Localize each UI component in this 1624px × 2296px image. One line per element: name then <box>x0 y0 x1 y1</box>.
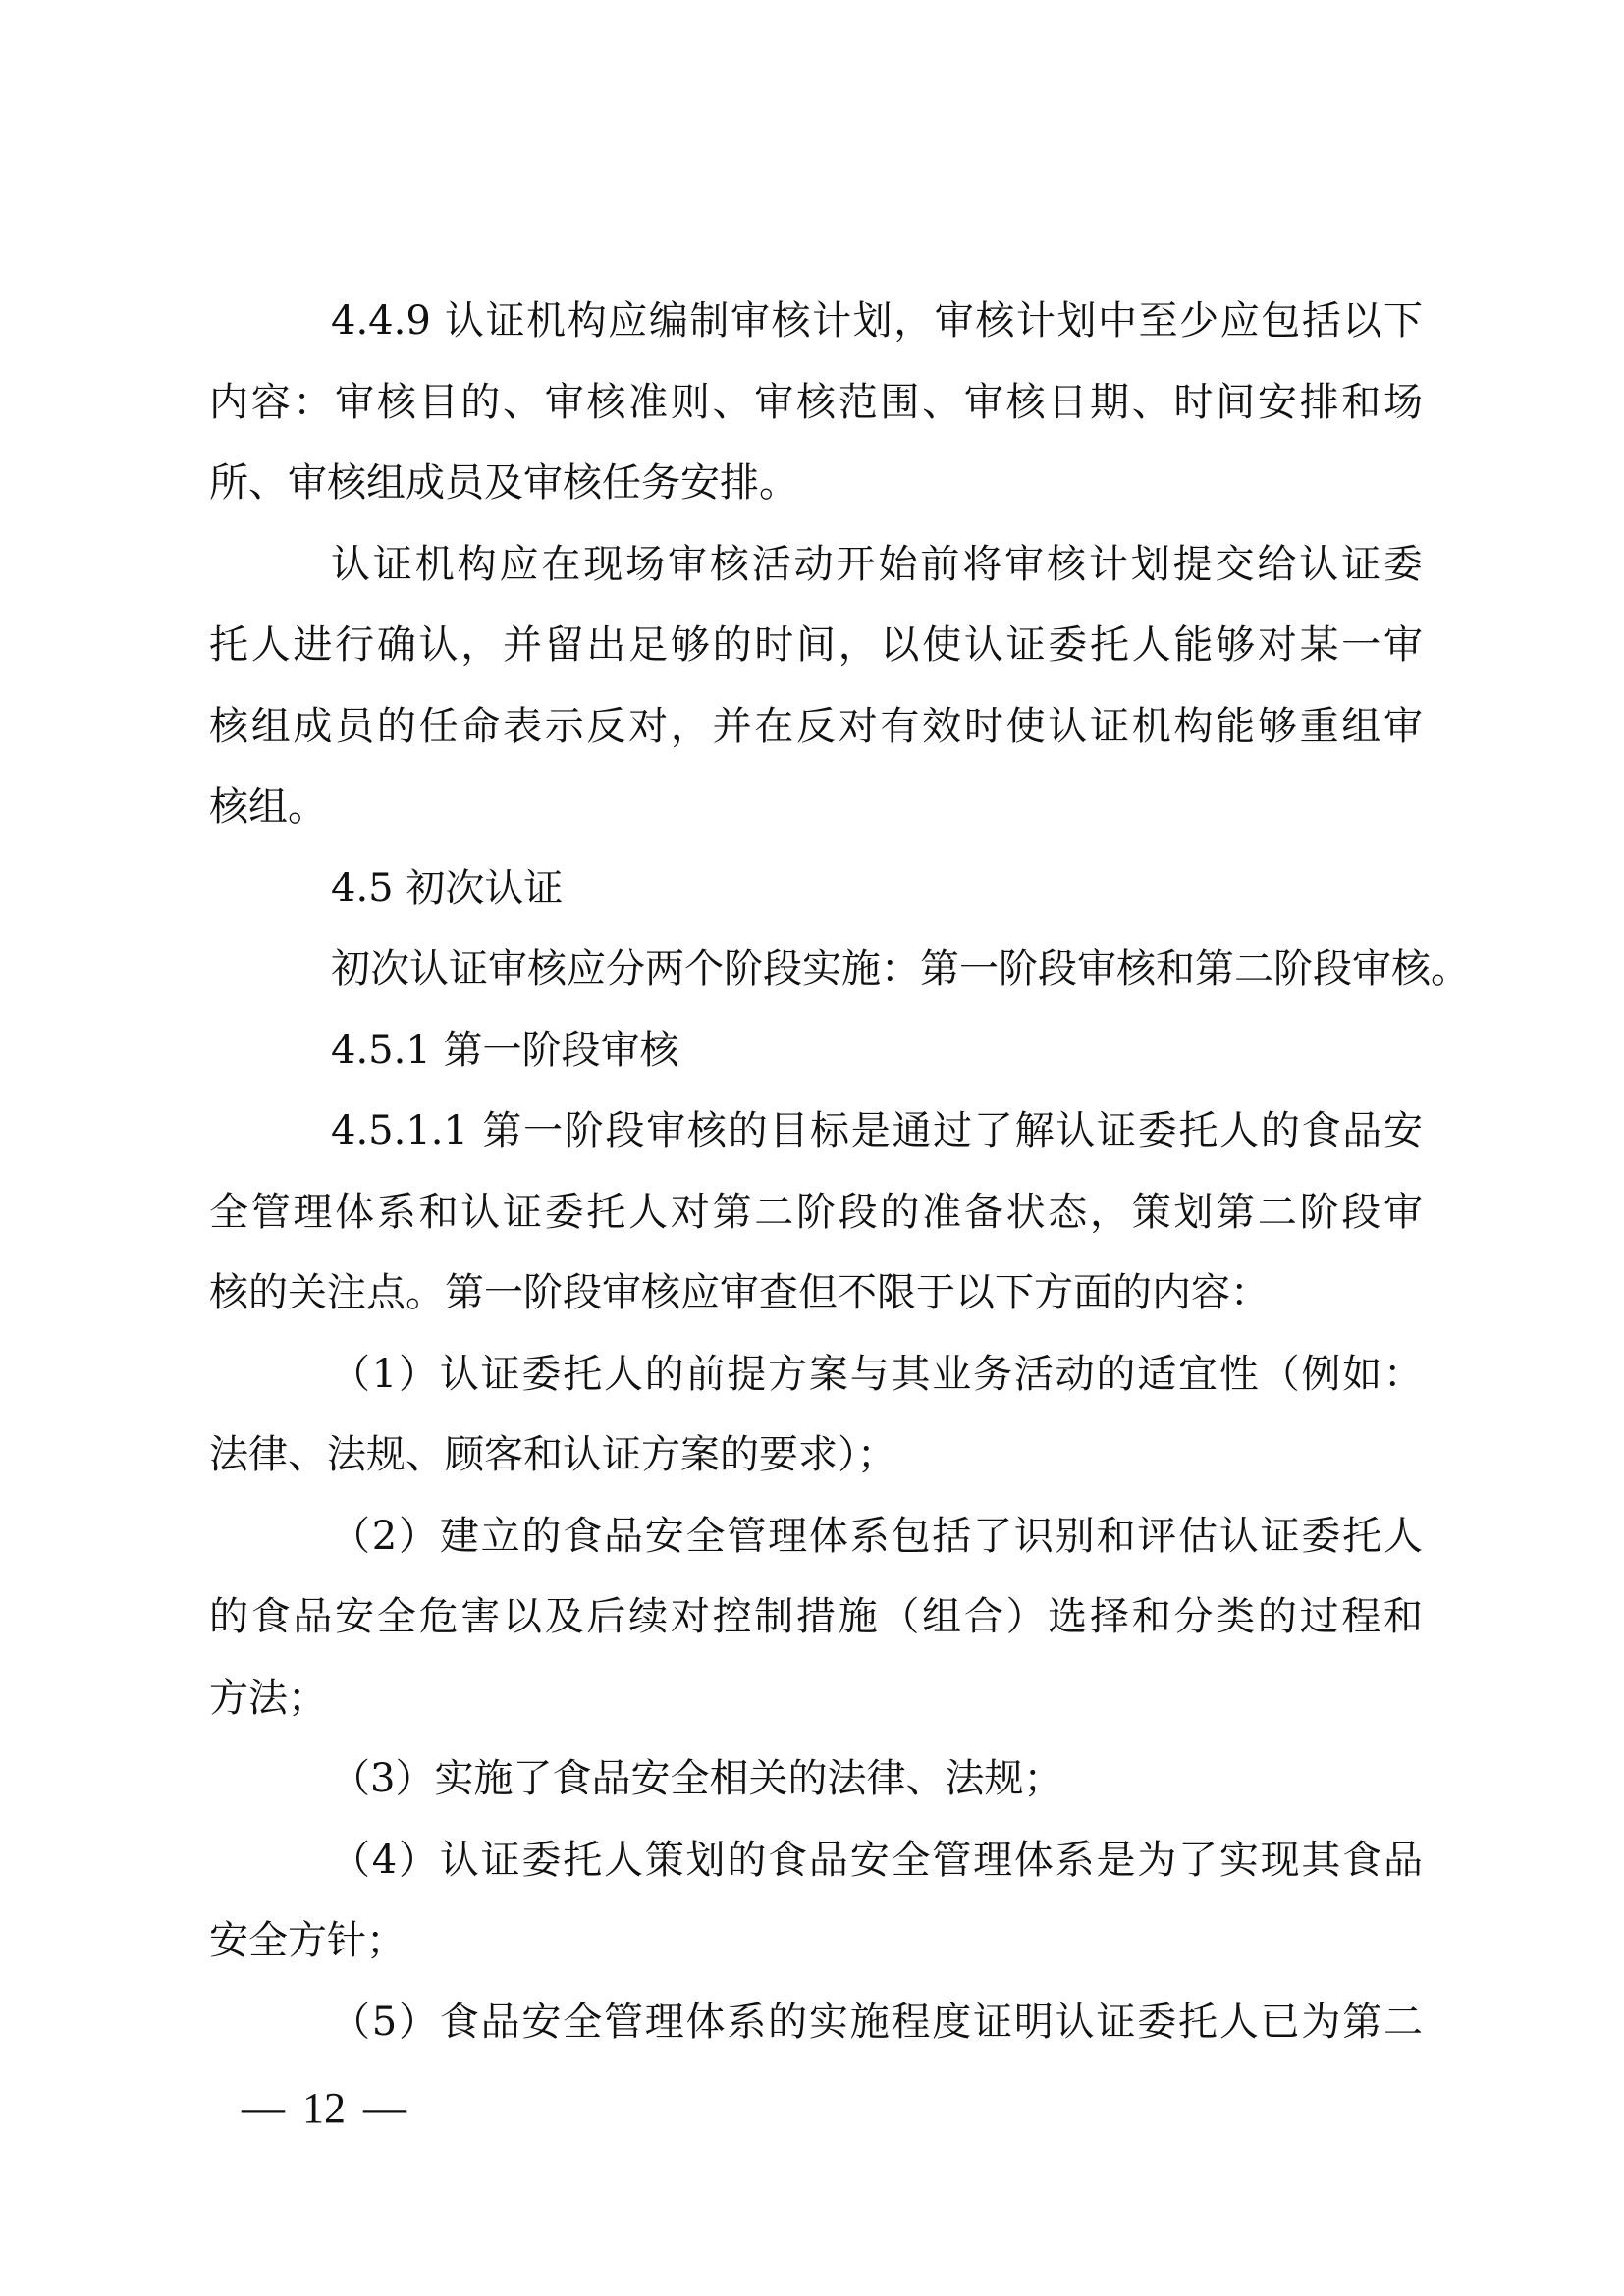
paragraph-audit-plan-line-2: 托人进行确认，并留出足够的时间，以使认证委托人能够对某一审 <box>209 605 1423 686</box>
clause-4-4-9-line-3: 所、审核组成员及审核任务安排。 <box>209 443 1423 524</box>
section-heading-4-5: 4.5 初次认证 <box>209 848 1423 930</box>
body-text: 4.4.9 认证机构应编制审核计划，审核计划中至少应包括以下 内容：审核目的、审… <box>209 281 1423 2062</box>
list-item-2-line-1: （2）建立的食品安全管理体系包括了识别和评估认证委托人 <box>209 1496 1423 1577</box>
list-item-3: （3）实施了食品安全相关的法律、法规； <box>209 1738 1423 1820</box>
document-page: 4.4.9 认证机构应编制审核计划，审核计划中至少应包括以下 内容：审核目的、审… <box>0 0 1624 2296</box>
clause-4-5-1-1-line-3: 核的关注点。第一阶段审核应审查但不限于以下方面的内容： <box>209 1253 1423 1334</box>
clause-4-5-1-1-line-1: 4.5.1.1 第一阶段审核的目标是通过了解认证委托人的食品安 <box>209 1091 1423 1172</box>
section-heading-4-5-1: 4.5.1 第一阶段审核 <box>209 1010 1423 1092</box>
paragraph-initial-certification: 初次认证审核应分两个阶段实施：第一阶段审核和第二阶段审核。 <box>209 929 1423 1010</box>
page-number-dash-right: — <box>363 2085 406 2132</box>
page-number-dash-left: — <box>242 2085 285 2132</box>
paragraph-audit-plan-line-4: 核组。 <box>209 767 1423 848</box>
page-number: 12 <box>302 2085 346 2132</box>
page-number-footer: —12— <box>242 2085 406 2132</box>
clause-4-4-9-line-2: 内容：审核目的、审核准则、审核范围、审核日期、时间安排和场 <box>209 362 1423 444</box>
list-item-4-line-1: （4）认证委托人策划的食品安全管理体系是为了实现其食品 <box>209 1820 1423 1901</box>
paragraph-audit-plan-line-3: 核组成员的任命表示反对，并在反对有效时使认证机构能够重组审 <box>209 686 1423 768</box>
list-item-1-line-2: 法律、法规、顾客和认证方案的要求）； <box>209 1415 1423 1496</box>
clause-4-5-1-1-line-2: 全管理体系和认证委托人对第二阶段的准备状态，策划第二阶段审 <box>209 1172 1423 1254</box>
list-item-2-line-2: 的食品安全危害以及后续对控制措施（组合）选择和分类的过程和 <box>209 1576 1423 1658</box>
clause-4-4-9-line-1: 4.4.9 认证机构应编制审核计划，审核计划中至少应包括以下 <box>209 281 1423 362</box>
list-item-2-line-3: 方法； <box>209 1658 1423 1739</box>
list-item-4-line-2: 安全方针； <box>209 1900 1423 1982</box>
list-item-5-line-1: （5）食品安全管理体系的实施程度证明认证委托人已为第二 <box>209 1982 1423 2063</box>
list-item-1-line-1: （1）认证委托人的前提方案与其业务活动的适宜性（例如： <box>209 1334 1423 1415</box>
paragraph-audit-plan-line-1: 认证机构应在现场审核活动开始前将审核计划提交给认证委 <box>209 524 1423 606</box>
